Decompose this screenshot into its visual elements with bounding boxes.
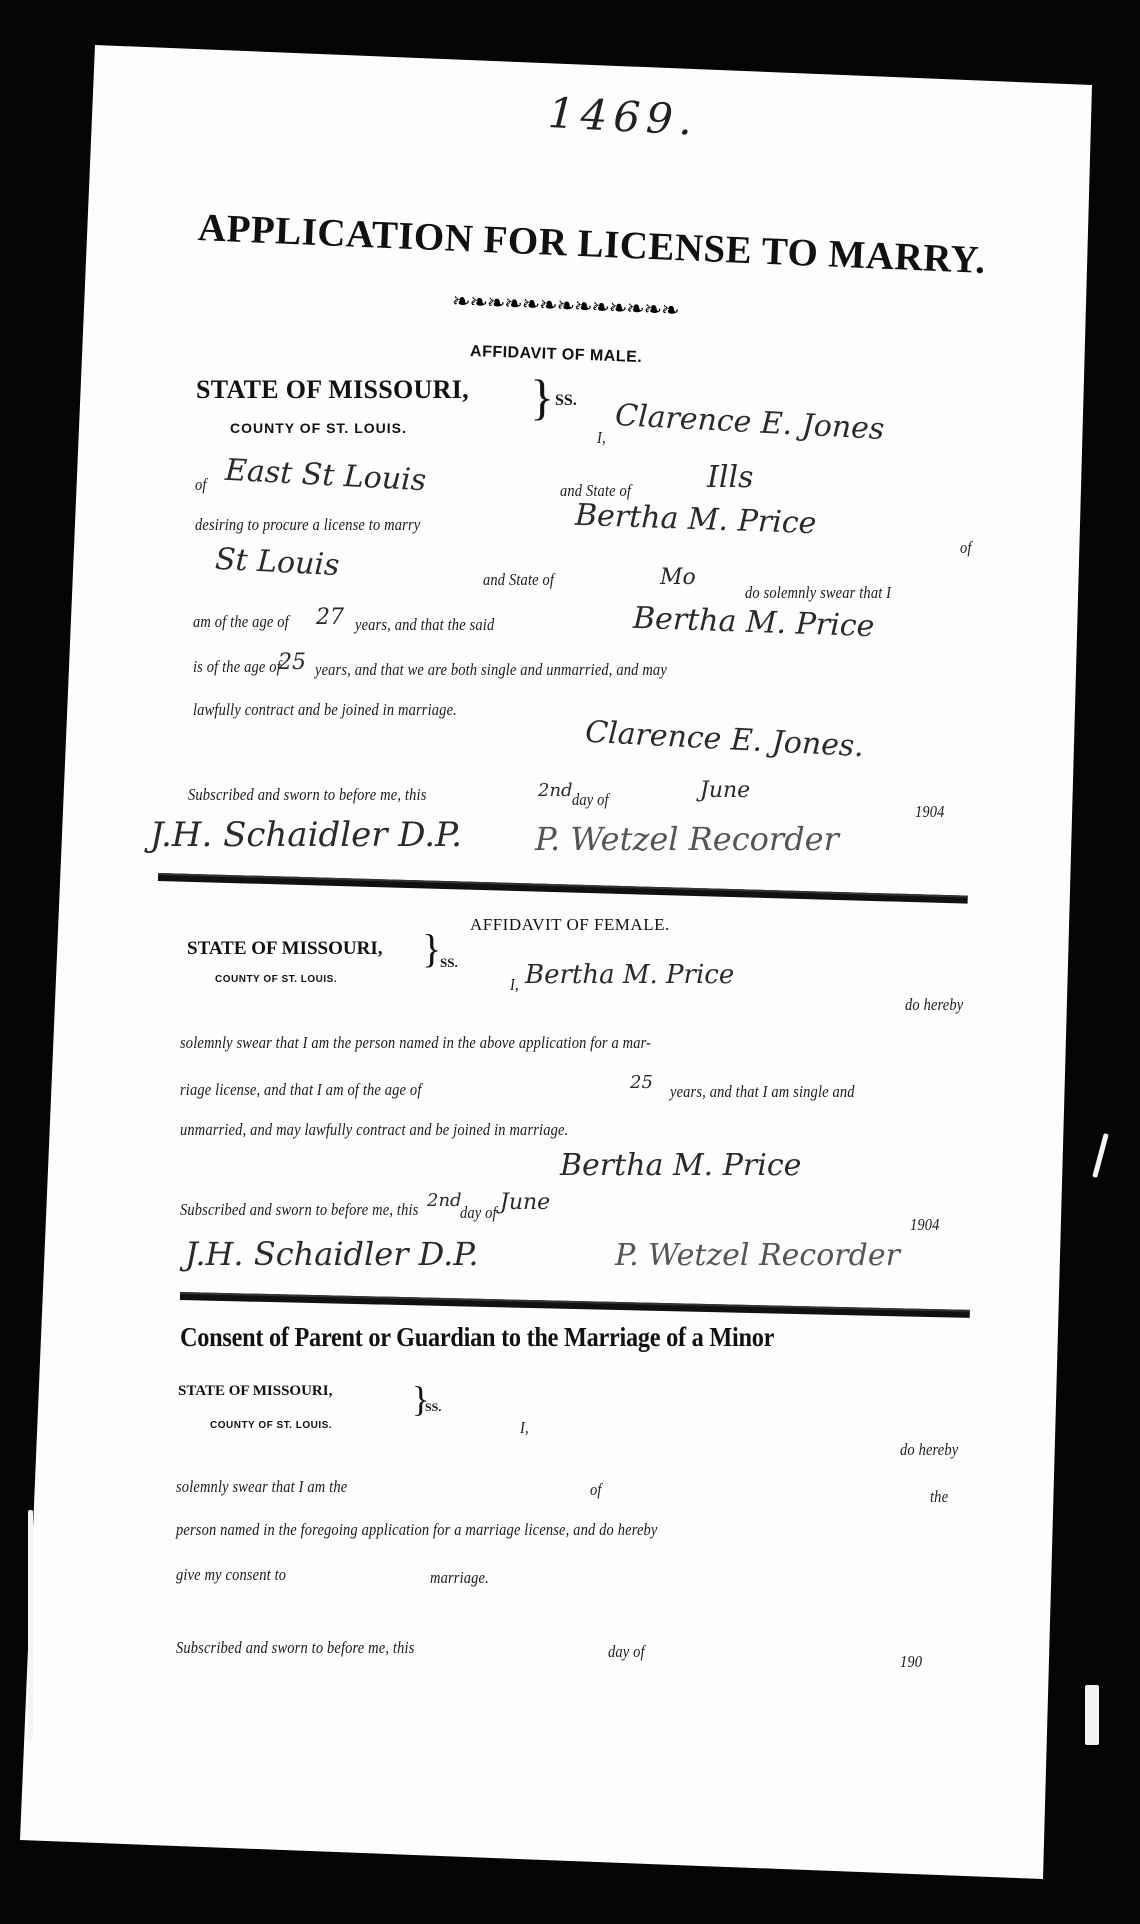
consent-day-of-label: day of [608,1642,645,1662]
i-prefix-consent: I, [520,1418,529,1438]
age-mid-text: years, and that the said [355,615,494,635]
ss-label-female: SS. [440,955,458,971]
i-prefix-female: I, [510,975,519,995]
scan-artifact-mark [1085,1685,1099,1745]
consent-line1-a: solemnly swear that I am the [176,1477,347,1497]
closing-text: lawfully contract and be joined in marri… [193,700,457,720]
scan-artifact-mark [28,1510,33,1740]
bride-city: St Louis [214,542,340,583]
female-affidavit-heading: AFFIDAVIT OF FEMALE. [470,915,670,935]
female-oath-year: 1904 [910,1215,940,1235]
swear-text: do solemnly swear that I [745,583,891,603]
state-label-female: STATE OF MISSOURI, [187,938,383,960]
brace-glyph-female: } [422,925,441,972]
ss-label-consent: SS. [425,1400,441,1415]
applicant-state: Ills [707,460,753,495]
scanned-document-page: 1469. APPLICATION FOR LICENSE TO MARRY. … [0,0,1140,1924]
of-label-2: of [960,538,972,558]
oath-year: 1904 [915,802,945,822]
consent-line3-b: marriage. [430,1568,489,1588]
hereby-text: do hereby [905,995,963,1015]
bride-age-suffix: years, and that we are both single and u… [315,660,667,680]
female-oath-day: 2nd [427,1190,462,1211]
state-label-consent: STATE OF MISSOURI, [178,1383,332,1400]
day-of-label: day of [572,790,609,810]
consent-hereby: do hereby [900,1440,958,1460]
consent-subscribed-text: Subscribed and sworn to before me, this [176,1638,414,1658]
desiring-text: desiring to procure a license to marry [195,515,420,535]
oath-month: June [700,778,750,803]
female-subscribed-text: Subscribed and sworn to before me, this [180,1200,418,1220]
scan-artifact-mark [1092,1133,1108,1178]
female-oath-month: June [500,1190,550,1215]
female-recorder-signature: P. Wetzel Recorder [615,1238,900,1273]
bride-name-female: Bertha M. Price [525,960,734,990]
female-line1: solemnly swear that I am the person name… [180,1033,651,1053]
female-age: 25 [630,1072,653,1093]
recorder-signature: P. Wetzel Recorder [535,820,839,858]
bride-name: Bertha M. Price [574,498,816,541]
i-prefix: I, [597,428,606,448]
female-deputy-signature: J.H. Schaidler D.P. [185,1235,479,1273]
oath-day: 2nd [538,780,573,801]
document-title: APPLICATION FOR LICENSE TO MARRY. [197,205,987,283]
consent-line1-c: the [930,1487,948,1507]
female-age-suffix: years, and that I am single and [670,1082,855,1102]
consent-line1-b: of [590,1480,602,1500]
female-age-prefix: riage license, and that I am of the age … [180,1080,422,1100]
deputy-signature: J.H. Schaidler D.P. [150,815,462,855]
subscribed-text: Subscribed and sworn to before me, this [188,785,426,805]
county-label-female: COUNTY OF ST. LOUIS. [215,974,337,985]
bride-name-2: Bertha M. Price [632,601,874,644]
male-affidavit-heading: AFFIDAVIT OF MALE. [470,343,643,367]
county-label-consent: COUNTY OF ST. LOUIS. [210,1420,332,1431]
applicant-name: Clarence E. Jones [614,398,885,447]
serial-number: 1469. [547,88,700,145]
county-label: COUNTY OF ST. LOUIS. [230,420,407,436]
state-label: STATE OF MISSOURI, [196,375,469,405]
consent-line3-a: give my consent to [176,1565,286,1585]
age-prefix: am of the age of [193,612,289,632]
brace-glyph: } [530,368,554,426]
of-label: of [195,475,207,495]
section-divider [158,873,968,904]
ornamental-divider-icon: ❧❧❧❧❧❧❧❧❧❧❧❧❧ [452,288,680,323]
bride-age-prefix: is of the age of [193,657,281,677]
female-day-of-label: day of [460,1203,497,1223]
applicant-signature: Clarence E. Jones. [584,715,864,765]
applicant-city: East St Louis [224,453,427,498]
consent-heading: Consent of Parent or Guardian to the Mar… [180,1322,774,1353]
consent-line2: person named in the foregoing applicatio… [176,1520,658,1540]
female-closing-text: unmarried, and may lawfully contract and… [180,1120,568,1140]
bride-age: 25 [278,650,306,675]
bride-state: Mo [660,565,696,590]
and-state-of-label-2: and State of [483,570,554,590]
applicant-age: 27 [316,605,344,630]
consent-year-prefix: 190 [900,1652,922,1672]
ss-label: SS. [555,392,577,410]
bride-signature: Bertha M. Price [560,1148,801,1183]
section-divider-2 [180,1292,970,1318]
